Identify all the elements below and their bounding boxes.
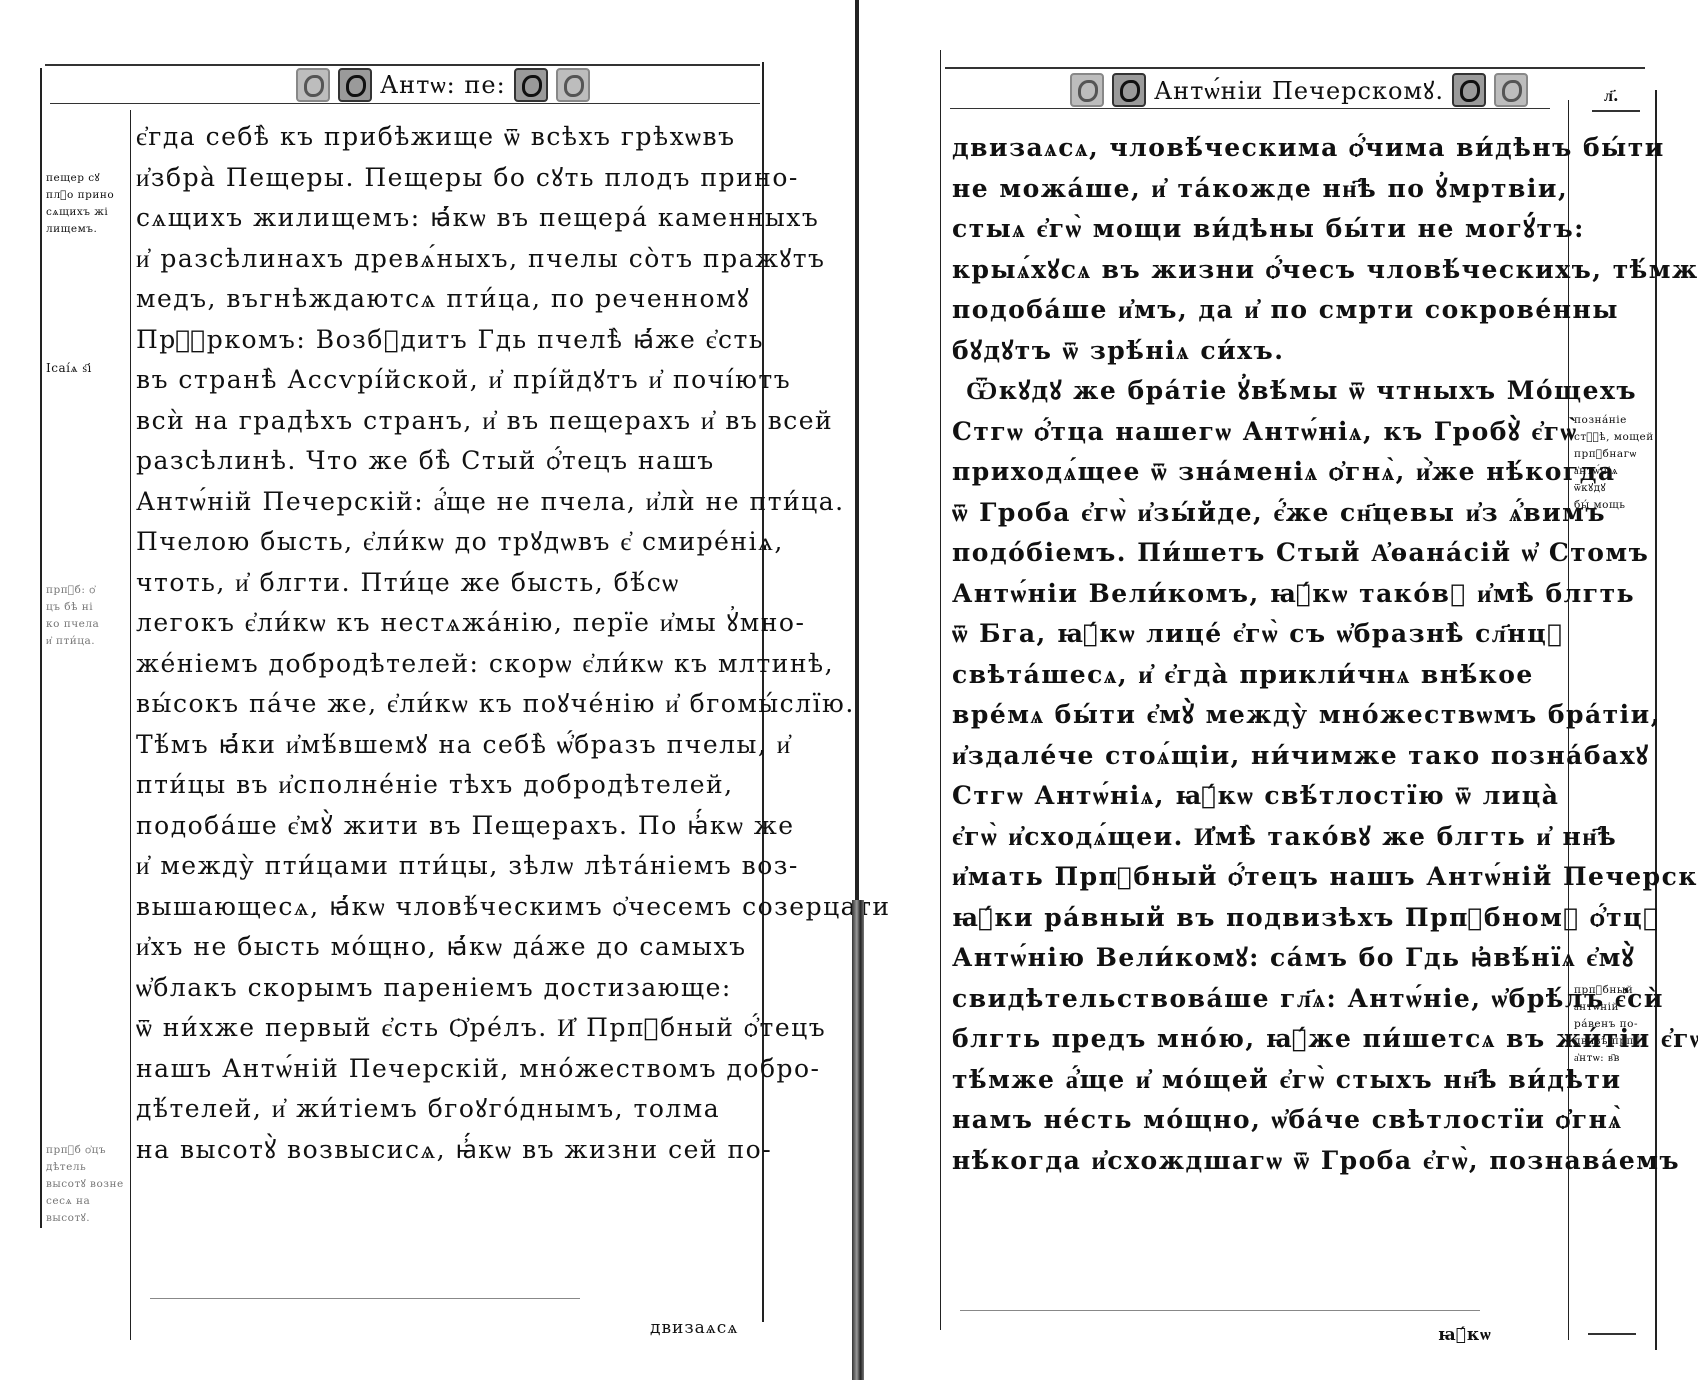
- left-page-text-border: [130, 110, 131, 1340]
- folio-rule: [1592, 110, 1640, 112]
- text-line: дѣ́телей, и҆ жи́тіемъ бгоꙋго́днымъ, толм…: [136, 1089, 756, 1130]
- margin-note: пещер сꙋ плⷣо прино сѧщихъ жі лищемъ.: [46, 170, 114, 238]
- margin-note: позна́ніе стⷭ҇ѣ, мощей прпⷣбнагѡ а҆нтѡ́н…: [1574, 412, 1654, 514]
- text-line: Ѿкꙋдꙋ же бра́тіе ꙋ҆вѣ́мы ѿ чтныхъ Мо́щех…: [952, 371, 1564, 412]
- margin-note: прпⷣб ѻ҆цъ дѣтель высотꙋ возне сесѧ на в…: [46, 1142, 124, 1227]
- ornament-icon: [1070, 73, 1104, 107]
- right-running-head: Антѡ́ніи Печерскомꙋ.: [1070, 73, 1528, 107]
- text-line: свидѣтельствова́ше гл҃ѧ: Антѡ́ніе, ѡ҆брѣ…: [952, 979, 1564, 1020]
- text-line: є҆гда себѣ̀ къ прибѣжище ѿ всѣхъ грѣхѡвъ: [136, 117, 756, 158]
- running-head-text: Антѡ: пе:: [380, 71, 506, 100]
- left-header-top-rule: [45, 64, 760, 66]
- text-line: и҆ разсѣлинахъ древѧ́ныхъ, пчелы со̀тъ п…: [136, 239, 756, 280]
- text-line: ѿ Гроба є҆гѡ̀ и҆зы́йде, є҆́же сн҃цевы и҆…: [952, 493, 1564, 534]
- book-gutter: [852, 0, 862, 1380]
- ornament-icon: [556, 68, 590, 102]
- left-page-outer-border: [40, 68, 42, 1228]
- text-line: блгть предъ мно́ю, ꙗ҆́же пи́шетсѧ въ жи́…: [952, 1019, 1564, 1060]
- text-line: легокъ є҆ли́кѡ къ нестѧжа́нію, перїе и҆м…: [136, 603, 756, 644]
- text-line: всѝ на градѣхъ странъ, и҆ въ пещерахъ и҆…: [136, 401, 756, 442]
- ornament-icon: [514, 68, 548, 102]
- text-line: медъ, въгнѣждаютсѧ пти́ца, по реченномꙋ: [136, 279, 756, 320]
- text-line: стыѧ є҆гѡ̀ мощи ви́дѣны бы́ти не могꙋ́тъ…: [952, 209, 1564, 250]
- text-line: и҆хъ не бысть мо́щно, ꙗ҆́кѡ да́же до сам…: [136, 927, 756, 968]
- text-line: въ странѣ̀ Ассѵрі́йской, и҆ прі́йдꙋтъ и҆…: [136, 360, 756, 401]
- text-line: двизаѧсѧ, чловѣ́ческима ѻ҆́чима ви́дѣнъ …: [952, 128, 1564, 169]
- margin-note: прпⷣб: ѻ҆ цъ бѣ ні ко пчела и҆ пти́ца.: [46, 582, 99, 650]
- bottom-margin-dash: [1588, 1333, 1636, 1335]
- right-page-left-border: [940, 50, 941, 1330]
- text-line: подоба́ше и҆мъ, да и҆ по смрти сокрове́н…: [952, 290, 1564, 331]
- text-line: намъ не́сть мо́щно, ѡ҆ба́че свѣтлостїи ѻ…: [952, 1100, 1564, 1141]
- text-line: Антѡ́ніи Вели́комъ, ꙗ҆́кѡ тако́вꙋ и҆мѣ̀ …: [952, 574, 1564, 615]
- text-line: є҆гѡ̀ и҆сходѧ́щеи. И҆мѣ̀ тако́вꙋ же блгт…: [952, 817, 1564, 858]
- running-head-text: Антѡ́ніи Печерскомꙋ.: [1154, 74, 1444, 107]
- text-line: ꙗ҆́ки ра́вный въ подвизѣхъ Прпⷣбномꙋ ѻ҆́…: [952, 898, 1564, 939]
- ornament-icon: [296, 68, 330, 102]
- ornament-icon: [338, 68, 372, 102]
- folio-number: л҃.: [1604, 86, 1619, 106]
- text-line: разсѣлинѣ. Что же бѣ̀ Стый ѻ҆́тецъ нашъ: [136, 441, 756, 482]
- text-line: сѧщихъ жилищемъ: ꙗ҆́кѡ въ пещера́ каменн…: [136, 198, 756, 239]
- text-line: чтоть, и҆ блгти. Пти́це же бысть, бѣ́сѡ: [136, 563, 756, 604]
- left-running-head: Антѡ: пе:: [296, 68, 590, 102]
- text-line: и҆здале́че стоѧ́щіи, ни́чимже тако позна…: [952, 736, 1564, 777]
- text-line: вре́мѧ бы́ти є҆мꙋ̀ между̀ мно́жествѡмъ б…: [952, 695, 1564, 736]
- text-line: Стгѡ ѻ҆́тца нашегѡ Антѡ́ніѧ, къ Гробꙋ̀ є…: [952, 412, 1564, 453]
- text-line: бꙋдꙋтъ ѿ зрѣ́ніѧ си́хъ.: [952, 331, 1564, 372]
- text-line: Антѡ́нію Вели́комꙋ: са́мъ бо Гдь ꙗ҆вѣ́нї…: [952, 938, 1564, 979]
- left-bottom-rule: [150, 1298, 580, 1299]
- text-line: Антѡ́ній Печерскій: а҆́ще не пчела, и҆лѝ…: [136, 482, 756, 523]
- text-line: подоба́ше є҆мꙋ̀ жити въ Пещерахъ. По ꙗ҆́…: [136, 806, 756, 847]
- catchword: ꙗ҆́кѡ: [1438, 1325, 1492, 1345]
- text-line: Стгѡ Антѡ́ніѧ, ꙗ҆́кѡ свѣ́тлостїю ѿ лица̀: [952, 776, 1564, 817]
- text-line: Пчелою бысть, є҆ли́кѡ до трꙋдѡвъ є҆ смир…: [136, 522, 756, 563]
- text-line: тѣ́мже а҆́ще и҆ мо́щей є҆гѡ̀ стыхъ нн҃ѣ …: [952, 1060, 1564, 1101]
- ornament-icon: [1494, 73, 1528, 107]
- text-line: вы́сокъ па́че же, є҆ли́кѡ къ поꙋче́нію и…: [136, 684, 756, 725]
- text-line: и҆ между̀ пти́цами пти́цы, зѣлѡ лѣта́ніе…: [136, 846, 756, 887]
- right-page: Антѡ́ніи Печерскомꙋ. л҃. двизаѧсѧ, чловѣ…: [870, 0, 1698, 1380]
- margin-note: Ісаі́ѧ ѕ҃і: [46, 360, 92, 377]
- right-header-bottom-rule: [950, 108, 1550, 109]
- text-line: не можа́ше, и҆ та́кожде нн҃ѣ по ꙋ҆мртвіи…: [952, 169, 1564, 210]
- text-line: приходѧ́щее ѿ зна́меніѧ ѻ҆гнѧ̀, и҆̀же нѣ…: [952, 452, 1564, 493]
- text-line: Тѣ́мъ ꙗ҆́ки и҆мѣ́вшемꙋ на себѣ̀ ѡ҆́бразъ…: [136, 725, 756, 766]
- text-line: пти́цы въ и҆сполне́ніе тѣхъ добродѣтелей…: [136, 765, 756, 806]
- left-page: Антѡ: пе: є҆гда себѣ̀ къ прибѣжище ѿ всѣ…: [0, 0, 850, 1380]
- text-line: на высотꙋ̀ возвысисѧ, ꙗ҆́кѡ въ жизни сей…: [136, 1130, 756, 1171]
- left-header-bottom-rule: [50, 103, 760, 104]
- text-line: и҆мать Прпⷣбный ѻ҆́тецъ нашъ Антѡ́ній Пе…: [952, 857, 1564, 898]
- text-line: свѣта́шесѧ, и҆ є҆гда̀ прикли́чнѧ внѣ́кое: [952, 655, 1564, 696]
- text-line: же́ніемъ добродѣтелей: скорѡ є҆ли́кѡ къ …: [136, 644, 756, 685]
- text-line: подо́біемъ. Пи́шетъ Стый А҆ѳана́сій ѡ҆ С…: [952, 533, 1564, 574]
- text-line: и҆збра̀ Пещеры. Пещеры бо сꙋть плодъ при…: [136, 158, 756, 199]
- text-line: нашъ Антѡ́ній Печерскій, мно́жествомъ до…: [136, 1049, 756, 1090]
- text-line: Прⷪ҇ркомъ: Возбꙋдитъ Гдь пчелѣ̀ ꙗ҆́же є҆…: [136, 320, 756, 361]
- text-line: крыѧ́хꙋсѧ въ жизни ѻ҆́чесъ чловѣ́ческихъ…: [952, 250, 1564, 291]
- right-text-block: двизаѧсѧ, чловѣ́ческима ѻ҆́чима ви́дѣнъ …: [952, 128, 1564, 1181]
- ornament-icon: [1112, 73, 1146, 107]
- catchword: двизаѧсѧ: [650, 1318, 738, 1338]
- text-line: ѿ ни́хже первый є҆сть Ѻ҆ре́лъ. И҆ Прпⷣбн…: [136, 1008, 756, 1049]
- text-line: вышающесѧ, ꙗ҆́кѡ чловѣ́ческимъ ѻ҆чесемъ …: [136, 887, 756, 928]
- margin-note: прпⷣбный а҆нтѡ́ній ра́венъ по- двизѣ прп…: [1574, 982, 1640, 1067]
- text-line: ѿ Бга, ꙗ҆́кѡ лице́ є҆гѡ̀ съ ѡ҆бразнѣ̀ сл…: [952, 614, 1564, 655]
- text-line: ѡ҆блакъ скорымъ пареніемъ достизающе:: [136, 968, 756, 1009]
- left-text-block: є҆гда себѣ̀ къ прибѣжище ѿ всѣхъ грѣхѡвъ…: [136, 117, 756, 1170]
- right-bottom-rule: [960, 1310, 1480, 1311]
- ornament-icon: [1452, 73, 1486, 107]
- right-header-top-rule: [945, 67, 1645, 69]
- text-line: нѣ́когда и҆схождшагѡ ѿ Гроба є҆гѡ̀, позн…: [952, 1141, 1564, 1182]
